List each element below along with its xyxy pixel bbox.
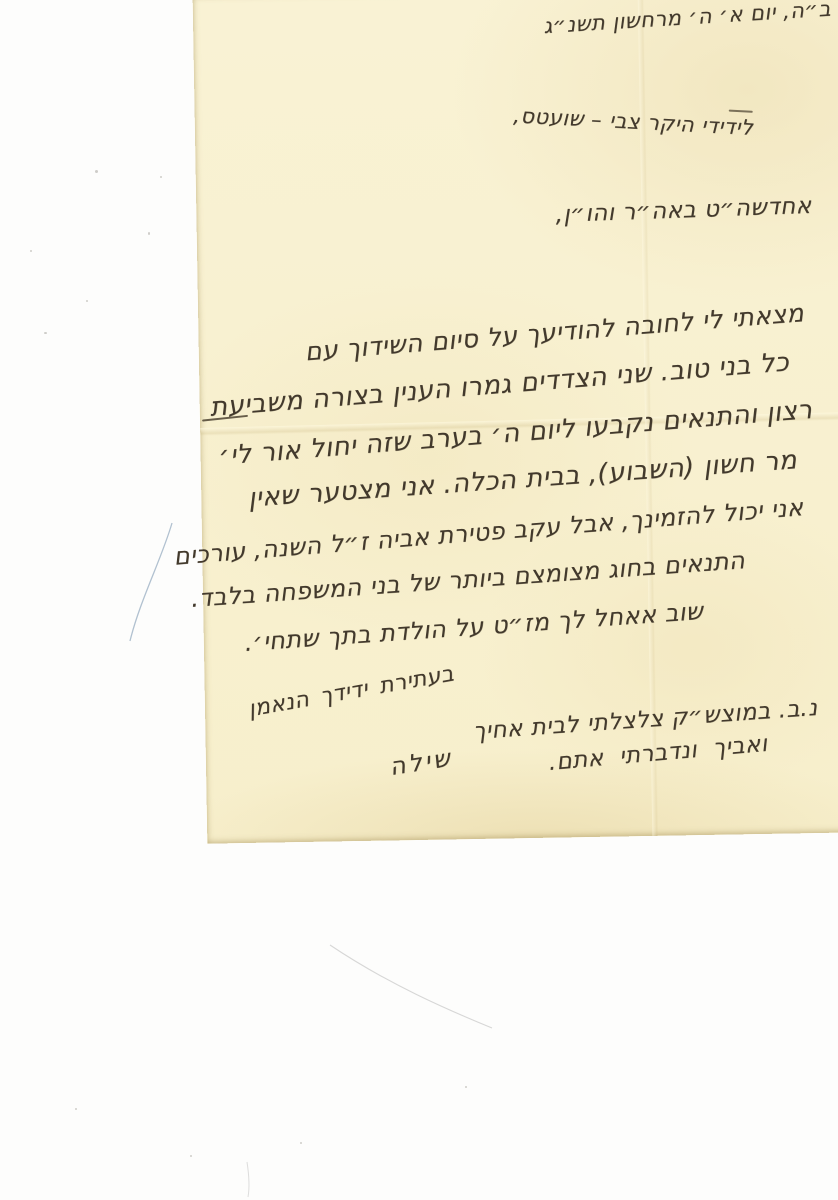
body-line-7: שוב אאחל לך מז״ט על הולדת בתך שתחי׳. (244, 597, 705, 657)
scratch-artifact (247, 1162, 249, 1197)
closing-line: בעתירת ידידך הנאמן (246, 661, 455, 722)
greeting-line-1: לידידי היקר צבי – שועטס, (512, 103, 753, 140)
scratch-artifact (330, 945, 492, 1028)
signature: שילה (388, 743, 455, 781)
scanned-letter-page: { "scan": { "paper_color": "#f8f1d0", "i… (0, 0, 838, 1200)
date-line: ב״ה, יום א׳ ה׳ מרחשון תשנ״ג (543, 0, 832, 38)
letter-paper: ב״ה, יום א׳ ה׳ מרחשון תשנ״ג לידידי היקר … (193, 0, 838, 844)
ps-line-2: ואביך ונדברתי אתם. (548, 731, 769, 776)
abbreviation-overbar (729, 110, 753, 113)
greeting-line-2: אחדשה״ט באה״ר והו״ן, (555, 193, 812, 228)
thread-artifact (130, 523, 172, 641)
